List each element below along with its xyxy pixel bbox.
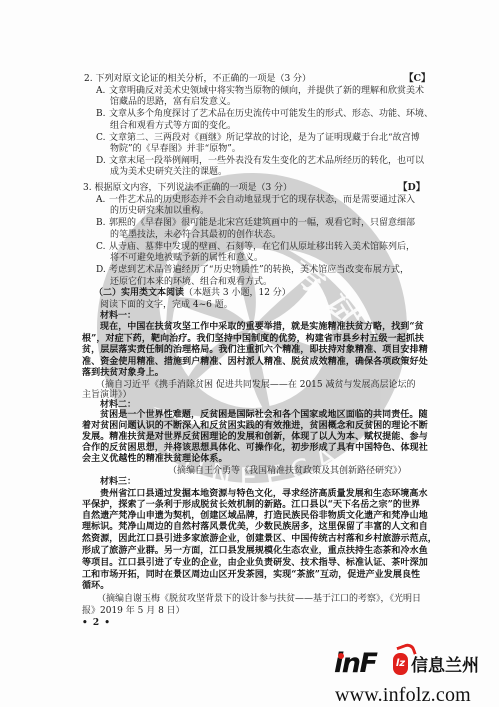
material-line: 现在，中国在扶贫攻坚工作中采取的重要举措，就是实施精准扶贫方略，找到“贫 (100, 321, 412, 333)
exam-page: 考 试 SUNEECA 2. 下列对原文论证的相关分析，不正确的一项是（3 分）… (0, 0, 499, 707)
option-text: 馆藏品的思路，富有启发意义。 (110, 96, 236, 108)
question-3-stem: 3. 根据原文内容，下列说法不正确的一项是（3 分） (83, 182, 292, 194)
material-line: 循环。 (82, 580, 109, 592)
material-1-source: （摘自习近平《携手消除贫困 促进共同发展——在 2015 减贫与发展高层论坛的 (96, 379, 410, 391)
question-3-answer: 【D】 (398, 182, 425, 194)
option-text: 成为美术史研究关注的课题。 (110, 166, 227, 178)
option-label-c: C. (96, 241, 105, 253)
question-2-stem: 2. 下列对原文论证的相关分析，不正确的一项是（3 分） (84, 73, 311, 85)
option-text: 文章从多个角度探讨了艺术品在历史流传中可能发生的形式、形态、功能、环境、 (109, 108, 411, 120)
material-3-source: （摘编自谢玉梅《脱贫攻坚背景下的设计参与扶贫——基于江口的考察》，《光明日 (97, 593, 411, 605)
option-text: 物院”的《早春图》并非“原物”。 (110, 143, 241, 155)
site-logo: inF lz 信息兰州 www.infolz.com (334, 644, 499, 707)
material-line: 贫，层层落实责任制的治理格局。我们注重抓六个精准，即扶持对象精准、项目安排精 (82, 344, 412, 356)
logo-url: www.infolz.com (335, 684, 471, 706)
logo-dot-icon (338, 653, 344, 659)
material-line: 落到扶贫对象身上。 (82, 367, 164, 379)
option-label-b: B. (96, 217, 105, 229)
material-line: 理标识。梵净山周边的自然村落风景优美，少数民族居多，这里保留了丰富的人文和自 (82, 521, 412, 533)
option-label-d: D. (96, 264, 106, 276)
option-label-a: A. (96, 194, 105, 206)
option-label-a: A. (96, 85, 105, 97)
option-text: 考虑到艺术品普遍经历了“历史物质性”的转换，美术馆应当改变布展方式， (109, 264, 409, 276)
option-label-d: D. (96, 155, 106, 167)
material-3-heading: 材料三： (100, 476, 136, 488)
section-title: （二）实用类文本阅读 (94, 288, 184, 298)
logo-badge: lz (393, 653, 408, 675)
material-2-source: （摘编自王介勇等《我国精准扶贫政策及其创新路径研究》） (168, 465, 407, 477)
material-line: 然资源，因此江口县引进多家旅游企业，创建景区、中国传统古村落和乡村旅游示范点， (82, 533, 412, 545)
material-line: 等项目。江口县引进了专业的企业，由企业负责研发、技术指导、标准认证、茶叶深加 (82, 557, 412, 569)
question-2-answer: 【C】 (404, 73, 431, 85)
option-text: 将不可避免地被赋予新的属性和意义。 (110, 252, 263, 264)
logo-site-name: 信息兰州 (411, 657, 479, 675)
section-heading: （二）实用类文本阅读（本题共 3 小题，12 分） (94, 287, 291, 299)
option-text: 的笔墨技法，未必符合其最初的创作状态。 (110, 229, 281, 241)
material-line: 形成了旅游产业群。另一方面，江口县发展规模化生态农业，重点扶持生态茶和冷水鱼 (82, 545, 412, 557)
material-3-source: 报》2019 年 5 月 8 日） (82, 605, 185, 617)
option-label-b: B. (96, 108, 105, 120)
option-text: 组合和观看方式等方面的变化。 (110, 120, 236, 132)
option-label-c: C. (96, 132, 105, 144)
page-number: • 2 • (82, 617, 111, 629)
material-line: 工和市场开拓，同时在景区周边山区开发茶园，实现“茶旅”互动，促进产业发展良性 (82, 569, 412, 581)
material-line: 会主义优越性的精准扶贫理论体系。 (82, 453, 228, 465)
option-text: 的历史研究来加以重构。 (110, 205, 209, 217)
section-meta: （本题共 3 小题，12 分） (184, 288, 291, 298)
option-text: 郭熙的《早春图》很可能是北宋宫廷建筑画中的一幅，观看它时，只留意细部 (109, 217, 414, 229)
